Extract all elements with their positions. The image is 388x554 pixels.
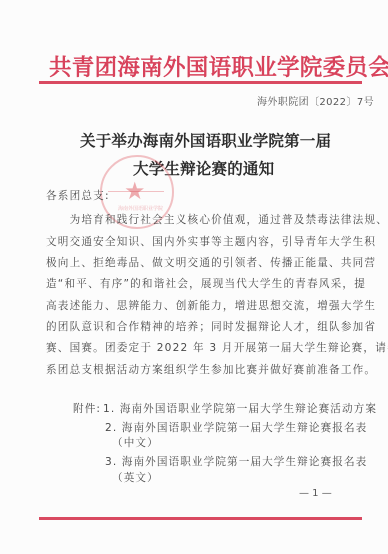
footer-red-divider	[39, 517, 362, 520]
attachments-label: 附件:	[73, 401, 101, 416]
body-paragraph-line: 文明交通安全知识、国内外实事等主题内容，引导青年大学生积	[46, 234, 376, 249]
page-number: — 1 —	[299, 488, 332, 499]
attachment-item-2: 2. 海南外国语职业学院第一届大学生辩论赛报名表	[105, 420, 367, 435]
body-paragraph-line: 造“和平、有序”的和谐社会，展现当代大学生的青春风采，提	[46, 276, 366, 291]
salutation: 各系团总支:	[46, 188, 110, 203]
attachment-item-3: 3. 海南外国语职业学院第一届大学生辩论赛报名表	[105, 454, 367, 469]
seal-label: 海南外国语职业学院	[118, 205, 163, 212]
star-icon: ★	[124, 177, 146, 205]
body-paragraph-line: 极向上、拒绝毒品、做文明交通的引领者、传播正能量、共同营	[46, 255, 376, 270]
attachment-item-2-note: （中文）	[112, 435, 159, 450]
body-paragraph-line: 赛、国赛。团委定于 2022 年 3 月开展第一届大学生辩论赛，请各	[46, 340, 388, 355]
seal-divider	[108, 191, 164, 192]
header-red-divider	[39, 81, 362, 84]
notice-title-line-2: 大学生辩论赛的通知	[133, 157, 274, 179]
body-paragraph-line: 系团总支根据活动方案组织学生参加比赛并做好赛前准备工作。	[46, 362, 376, 377]
document-page: 共青团海南外国语职业学院委员会 海外职院团〔2022〕7号 关于举办海南外国语职…	[0, 0, 388, 554]
attachment-item-3-note: （英文）	[112, 470, 159, 485]
organization-header: 共青团海南外国语职业学院委员会	[49, 50, 344, 82]
body-paragraph-line: 为培育和践行社会主义核心价值观，通过普及禁毒法律法规、	[46, 212, 388, 227]
body-paragraph-line: 的团队意识和合作精神的培养；同时发掘辩论人才，组队参加省	[46, 319, 376, 334]
attachment-item-1: 1. 海南外国语职业学院第一届大学生辩论赛活动方案	[103, 401, 377, 416]
document-number: 海外职院团〔2022〕7号	[257, 93, 374, 108]
notice-title-line-1: 关于举办海南外国语职业学院第一届	[80, 129, 331, 151]
body-paragraph-line: 高表述能力、思辨能力、创新能力，增进思想交流，增强大学生	[46, 298, 376, 313]
